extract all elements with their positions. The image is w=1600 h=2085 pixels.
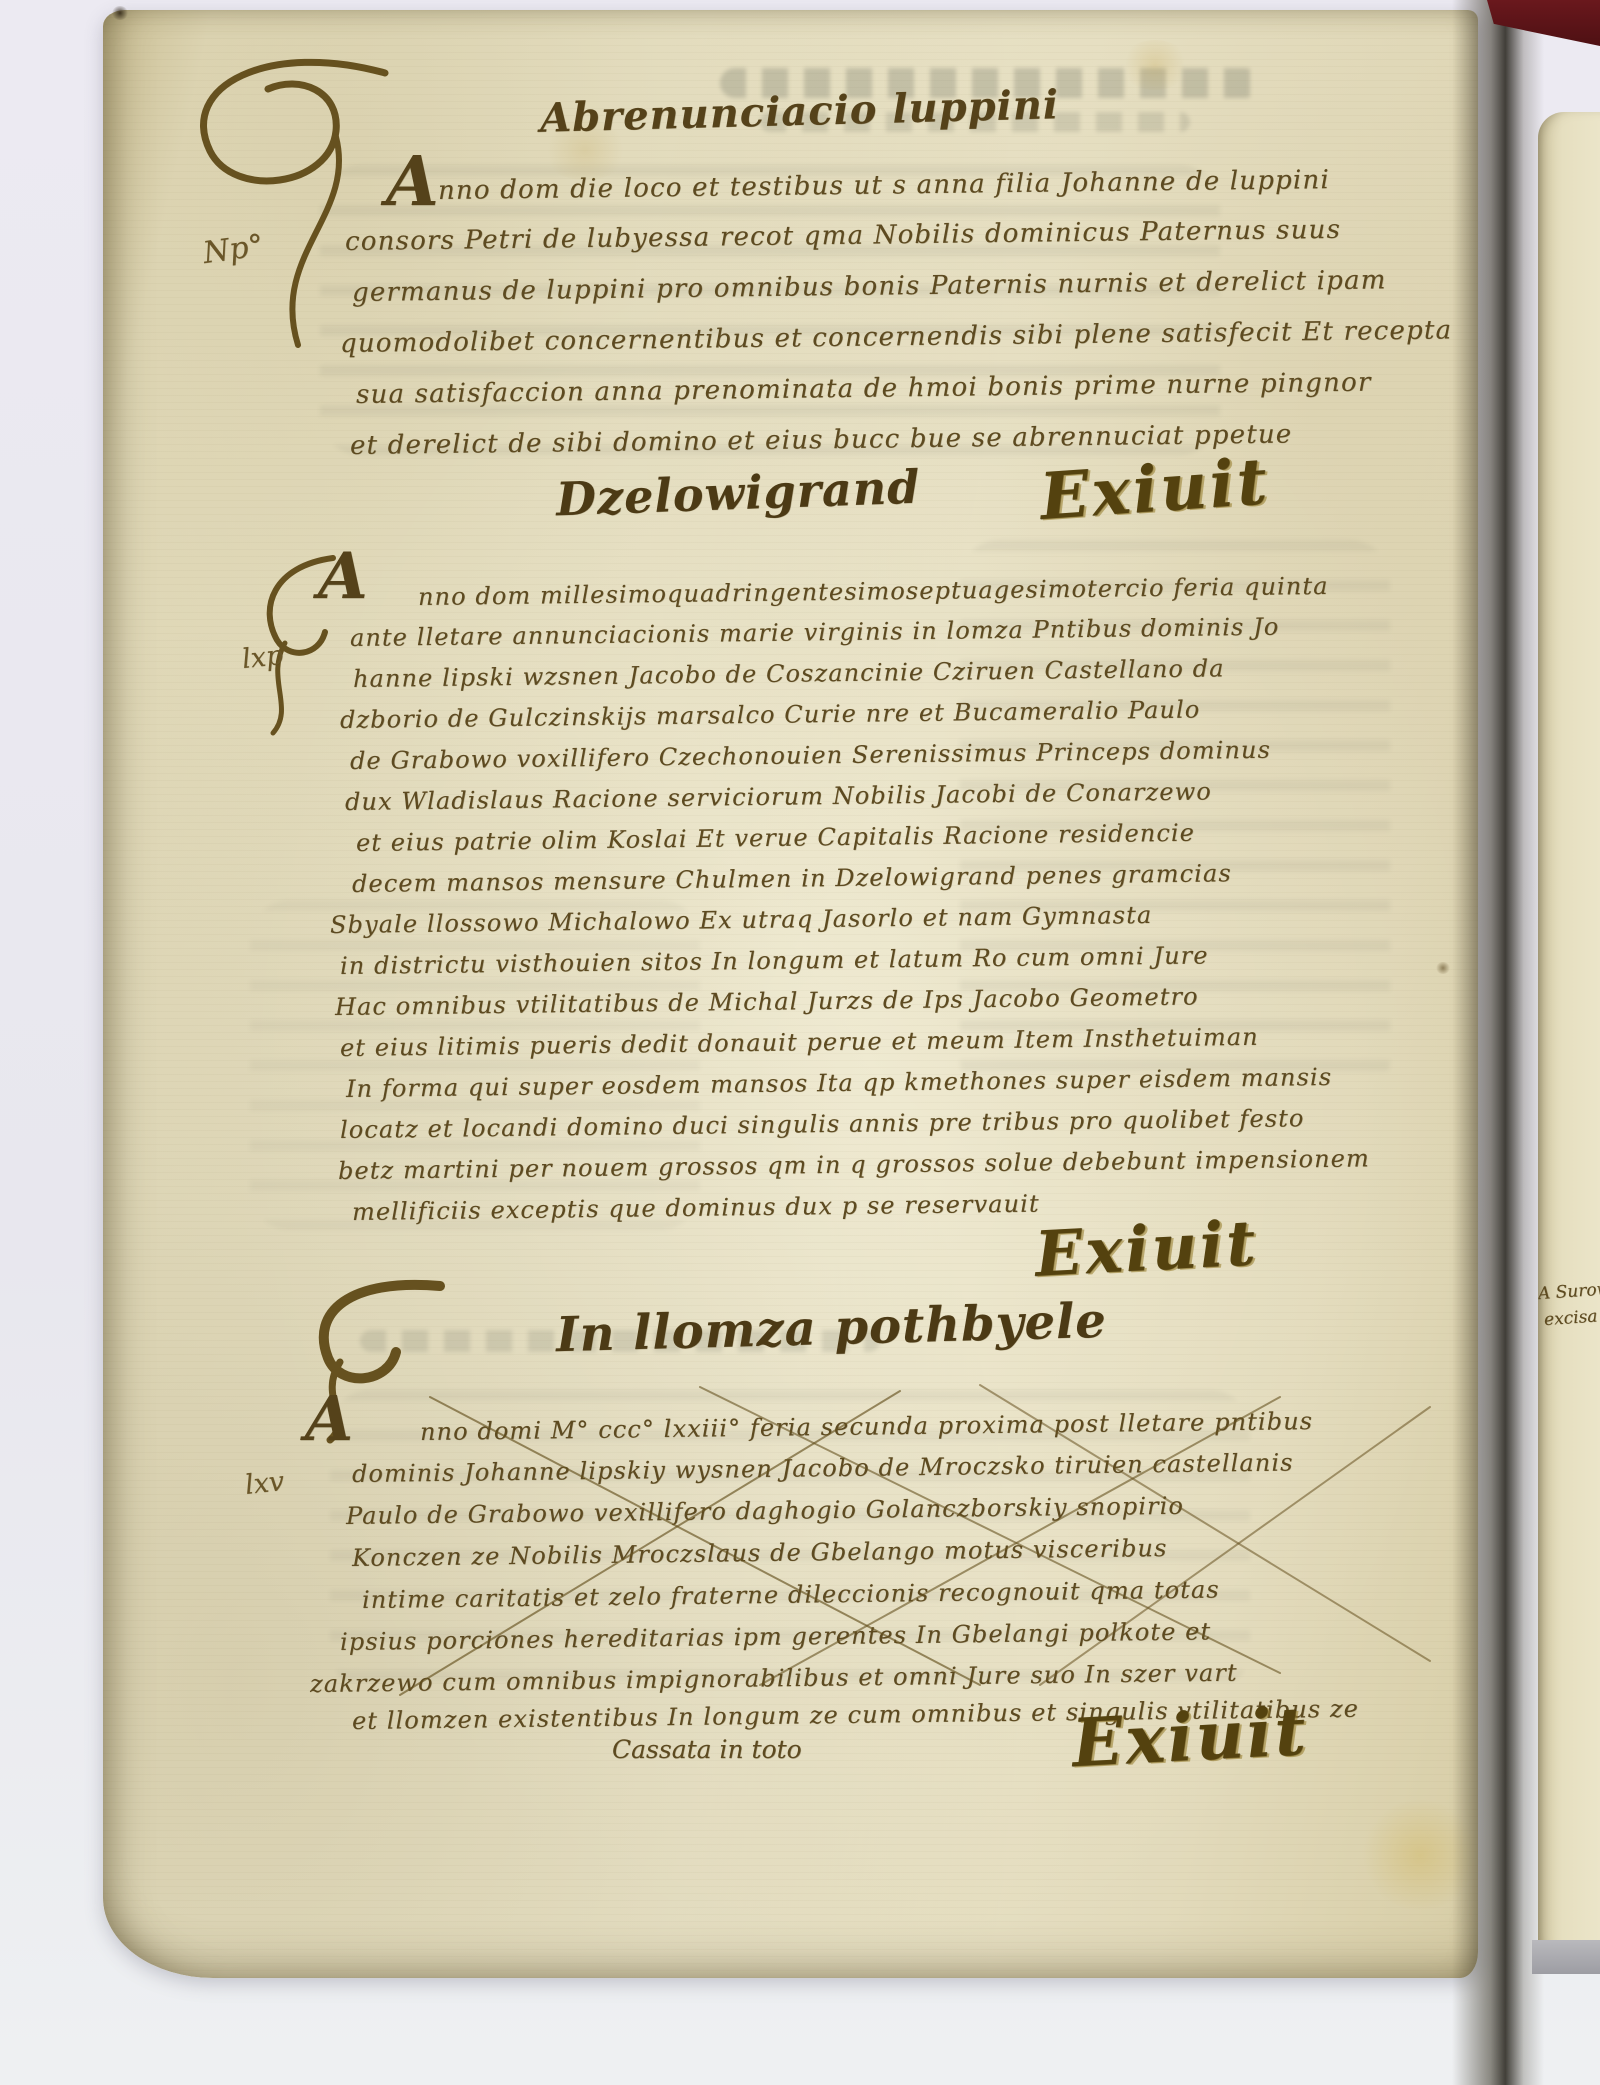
record-initial: A: [318, 545, 368, 609]
margin-note: lxp: [240, 640, 284, 675]
record-initial: A: [386, 148, 439, 216]
exiuit-stamp: Exiuit: [1070, 1692, 1310, 1782]
facing-margin-note: excisa: [1543, 1306, 1600, 1330]
manuscript-photo: Abrenunciacio luppini Np° lxp lxv A nno …: [0, 0, 1600, 2085]
exiuit-stamp: Exiuit: [1033, 1206, 1260, 1291]
book-gutter: [1452, 0, 1544, 2085]
record-initial: A: [305, 1388, 353, 1450]
book-edge: [1532, 1940, 1600, 1974]
cancellation-note: Cassata in toto: [612, 1735, 802, 1764]
facing-margin-note: A Surow: [1537, 1280, 1600, 1304]
facing-page-edge: [1538, 112, 1600, 1952]
margin-note: lxv: [243, 1466, 285, 1501]
exiuit-stamp: Exiuit: [1038, 444, 1272, 535]
